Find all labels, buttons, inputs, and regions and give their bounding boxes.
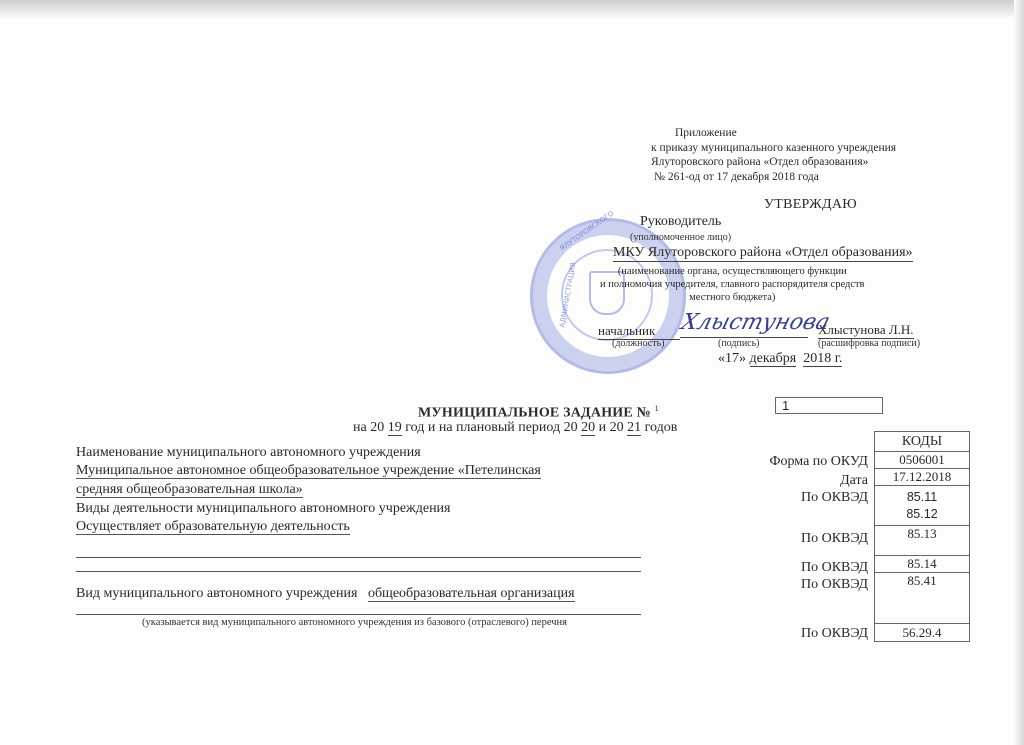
period-text: год и на плановый период 20 (405, 420, 577, 435)
appendix-line: Ялуторовского района «Отдел образования» (651, 155, 896, 170)
blank-line (76, 614, 641, 615)
title-text: МУНИЦИПАЛЬНОЕ ЗАДАНИЕ № (418, 406, 651, 421)
title-footnote: 1 (655, 404, 659, 413)
institution-type: Вид муниципального автономного учреждени… (76, 586, 575, 602)
period-year-3: 21 (627, 420, 641, 436)
name-caption: (расшифровка подписи) (818, 338, 920, 349)
type-label: Вид муниципального автономного учреждени… (76, 586, 357, 601)
code-okved: 85.41 (875, 573, 970, 624)
caption-line: (наименование органа, осуществляющего фу… (600, 265, 865, 278)
code-okved: 85.11 (875, 489, 969, 506)
activities-value: Осуществляет образовательную деятельност… (76, 519, 350, 535)
caption-line: местного бюджета) (600, 291, 865, 304)
approver-role: Руководитель (640, 214, 721, 230)
document-period: на 20 19 год и на плановый период 20 20 … (353, 420, 677, 436)
signature-caption: (подпись) (718, 338, 760, 349)
code-label-date: Дата (700, 473, 868, 489)
period-text: годов (645, 420, 678, 435)
period-year-1: 19 (388, 420, 402, 436)
caption-line: и полномочия учредителя, главного распор… (600, 278, 865, 291)
code-okved: 85.13 (875, 526, 970, 556)
code-date: 17.12.2018 (875, 469, 970, 486)
value-text: Муниципальное автономное общеобразовател… (76, 463, 541, 479)
value-text: средняя общеобразовательная школа» (76, 482, 303, 498)
code-label-okud: Форма по ОКУД (700, 454, 868, 470)
date-day: «17» (718, 351, 746, 366)
handwritten-signature: Хлыстунова (679, 310, 833, 335)
date-month: декабря (750, 351, 797, 367)
codes-header: КОДЫ (875, 432, 970, 452)
appendix-line: № 261-од от 17 декабря 2018 года (651, 170, 896, 185)
document-number-box: 1 (775, 397, 883, 414)
appendix-line: Приложение (651, 126, 896, 141)
code-label-okved: По ОКВЭД (700, 577, 868, 593)
approver-name: Хлыстунова Л.Н. (818, 322, 914, 339)
institution-name-label: Наименование муниципального автономного … (76, 445, 421, 461)
code-label-okved: По ОКВЭД (700, 626, 868, 642)
blank-line (76, 571, 641, 572)
value-text: Осуществляет образовательную деятельност… (76, 519, 350, 535)
type-caption: (указывается вид муниципального автономн… (142, 617, 567, 628)
scan-top-shadow (0, 0, 1024, 18)
date-year: 2018 г. (803, 351, 842, 367)
period-text: на 20 (353, 420, 384, 435)
appendix-header: Приложение к приказу муниципального казе… (651, 126, 896, 184)
code-label-okved: По ОКВЭД (700, 490, 868, 506)
codes-table: КОДЫ 0506001 17.12.2018 85.11 85.12 85.1… (874, 431, 970, 642)
approver-role-caption: (уполномоченное лицо) (630, 232, 731, 243)
code-okud: 0506001 (875, 452, 970, 469)
document-title: МУНИЦИПАЛЬНОЕ ЗАДАНИЕ № 1 (418, 404, 659, 422)
approval-date: «17» декабря 2018 г. (718, 351, 842, 367)
position-caption: (должность) (612, 338, 665, 349)
stamp-text: ЯЛУТОРОВСКОГО (558, 209, 615, 252)
code-label-okved: По ОКВЭД (700, 560, 868, 576)
period-text: и 20 (599, 420, 624, 435)
code-okved: 85.12 (875, 506, 969, 523)
period-year-2: 20 (581, 420, 595, 436)
approve-title: УТВЕРЖДАЮ (764, 197, 857, 213)
approver-organization: МКУ Ялуторовского района «Отдел образова… (613, 245, 913, 262)
code-okved: 85.14 (875, 556, 970, 573)
institution-name-value-2: средняя общеобразовательная школа» (76, 482, 303, 498)
institution-name-value-1: Муниципальное автономное общеобразовател… (76, 463, 541, 479)
blank-line (76, 557, 641, 558)
code-okved: 56.29.4 (875, 624, 970, 642)
code-label-okved: По ОКВЭД (700, 531, 868, 547)
scan-right-edge (1014, 0, 1024, 745)
activities-label: Виды деятельности муниципального автоном… (76, 501, 451, 517)
code-okved-pair: 85.11 85.12 (875, 486, 970, 526)
organization-caption: (наименование органа, осуществляющего фу… (600, 265, 865, 304)
appendix-line: к приказу муниципального казенного учреж… (651, 141, 896, 156)
type-value: общеобразовательная организация (368, 586, 575, 602)
